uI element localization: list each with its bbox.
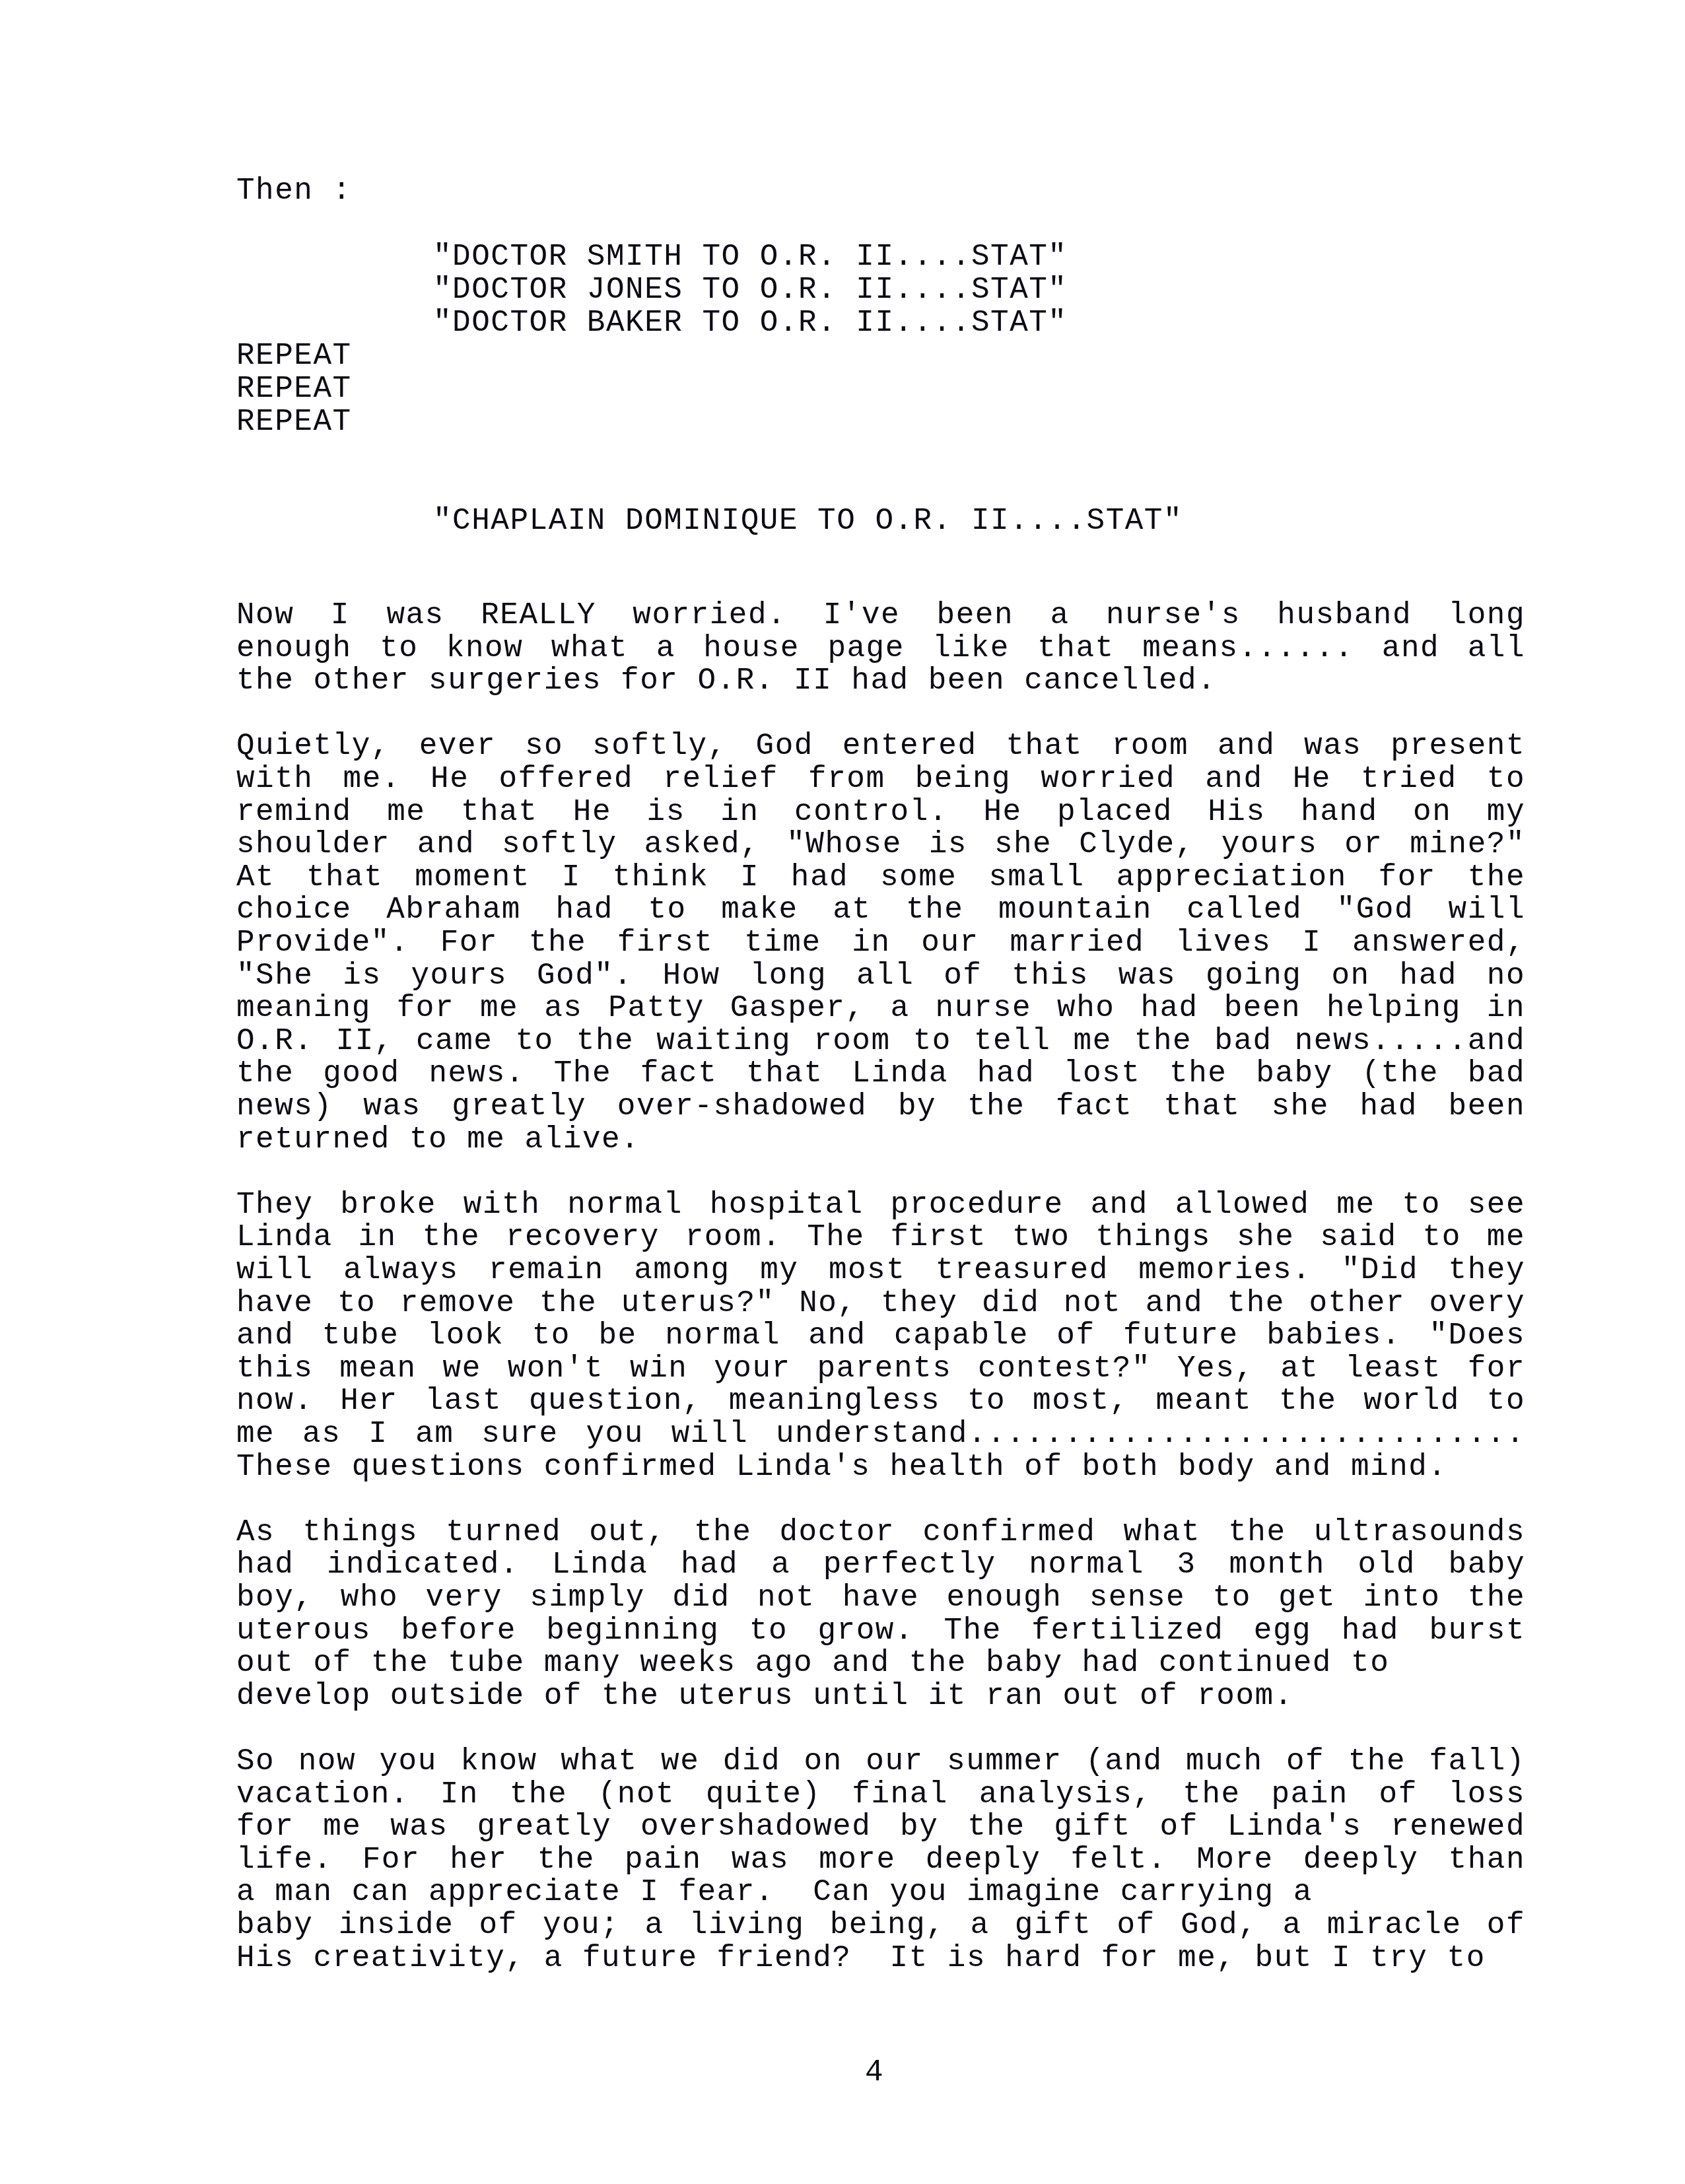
paragraph-line: news) was greatly over-shadowed by the f…: [236, 1090, 1525, 1123]
page-number: 4: [865, 2056, 883, 2089]
paragraph-line: These questions confirmed Linda's health…: [236, 1450, 1525, 1484]
paragraph-line: will always remain among my most treasur…: [236, 1254, 1525, 1287]
paragraph-line: His creativity, a future friend? It is h…: [236, 1942, 1525, 1975]
intro-line: Then :: [236, 174, 352, 207]
document-page: Then : "DOCTOR SMITH TO O.R. II....STAT"…: [0, 0, 1685, 2184]
paragraph-line: returned to me alive.: [236, 1123, 1525, 1156]
paragraph-line: Now I was REALLY worried. I've been a nu…: [236, 599, 1525, 632]
paragraph-line: As things turned out, the doctor confirm…: [236, 1516, 1525, 1549]
page-call-smith: "DOCTOR SMITH TO O.R. II....STAT": [433, 240, 1067, 273]
paragraph-line: vacation. In the (not quite) final analy…: [236, 1778, 1525, 1811]
paragraph-line: baby inside of you; a living being, a gi…: [236, 1909, 1525, 1942]
paragraph-line: a man can appreciate I fear. Can you ima…: [236, 1876, 1525, 1909]
paragraph-line: life. For her the pain was more deeply f…: [236, 1843, 1525, 1876]
paragraph-line: me as I am sure you will understand.....…: [236, 1417, 1525, 1450]
paragraph-line: "She is yours God". How long all of this…: [236, 959, 1525, 992]
repeat-line: REPEAT: [236, 372, 352, 405]
paragraph-line: Quietly, ever so softly, God entered tha…: [236, 730, 1525, 763]
paragraph-line: had indicated. Linda had a perfectly nor…: [236, 1548, 1525, 1581]
paragraph-line: the other surgeries for O.R. II had been…: [236, 664, 1525, 697]
paragraph-line: remind me that He is in control. He plac…: [236, 796, 1525, 829]
paragraph-line: shoulder and softly asked, "Whose is she…: [236, 828, 1525, 861]
repeat-line: REPEAT: [236, 339, 352, 372]
paragraph-line: boy, who very simply did not have enough…: [236, 1581, 1525, 1614]
page-call-jones: "DOCTOR JONES TO O.R. II....STAT": [433, 273, 1067, 306]
paragraph-line: now. Her last question, meaningless to m…: [236, 1384, 1525, 1417]
repeat-line: REPEAT: [236, 405, 352, 438]
page-call-baker: "DOCTOR BAKER TO O.R. II....STAT": [433, 306, 1067, 339]
chaplain-call: "CHAPLAIN DOMINIQUE TO O.R. II....STAT": [433, 504, 1183, 537]
paragraph-line: meaning for me as Patty Gasper, a nurse …: [236, 992, 1525, 1025]
paragraph-line: So now you know what we did on our summe…: [236, 1745, 1525, 1778]
paragraph-line: develop outside of the uterus until it r…: [236, 1680, 1525, 1713]
paragraph-line: enough to know what a house page like th…: [236, 632, 1525, 665]
paragraph-line: this mean we won't win your parents cont…: [236, 1352, 1525, 1385]
paragraph-line: choice Abraham had to make at the mounta…: [236, 893, 1525, 926]
paragraph-line: have to remove the uterus?" No, they did…: [236, 1287, 1525, 1320]
paragraph-line: and tube look to be normal and capable o…: [236, 1319, 1525, 1352]
paragraph-line: the good news. The fact that Linda had l…: [236, 1057, 1525, 1090]
paragraph-line: Linda in the recovery room. The first tw…: [236, 1221, 1525, 1254]
paragraph-line: They broke with normal hospital procedur…: [236, 1188, 1525, 1221]
paragraph-line: for me was greatly overshadowed by the g…: [236, 1810, 1525, 1843]
paragraph-line: out of the tube many weeks ago and the b…: [236, 1647, 1525, 1680]
paragraph-line: with me. He offered relief from being wo…: [236, 763, 1525, 796]
paragraph-line: At that moment I think I had some small …: [236, 861, 1525, 894]
paragraph-line: Provide". For the first time in our marr…: [236, 926, 1525, 959]
paragraph-line: uterous before beginning to grow. The fe…: [236, 1614, 1525, 1647]
paragraph-line: O.R. II, came to the waiting room to tel…: [236, 1025, 1525, 1058]
